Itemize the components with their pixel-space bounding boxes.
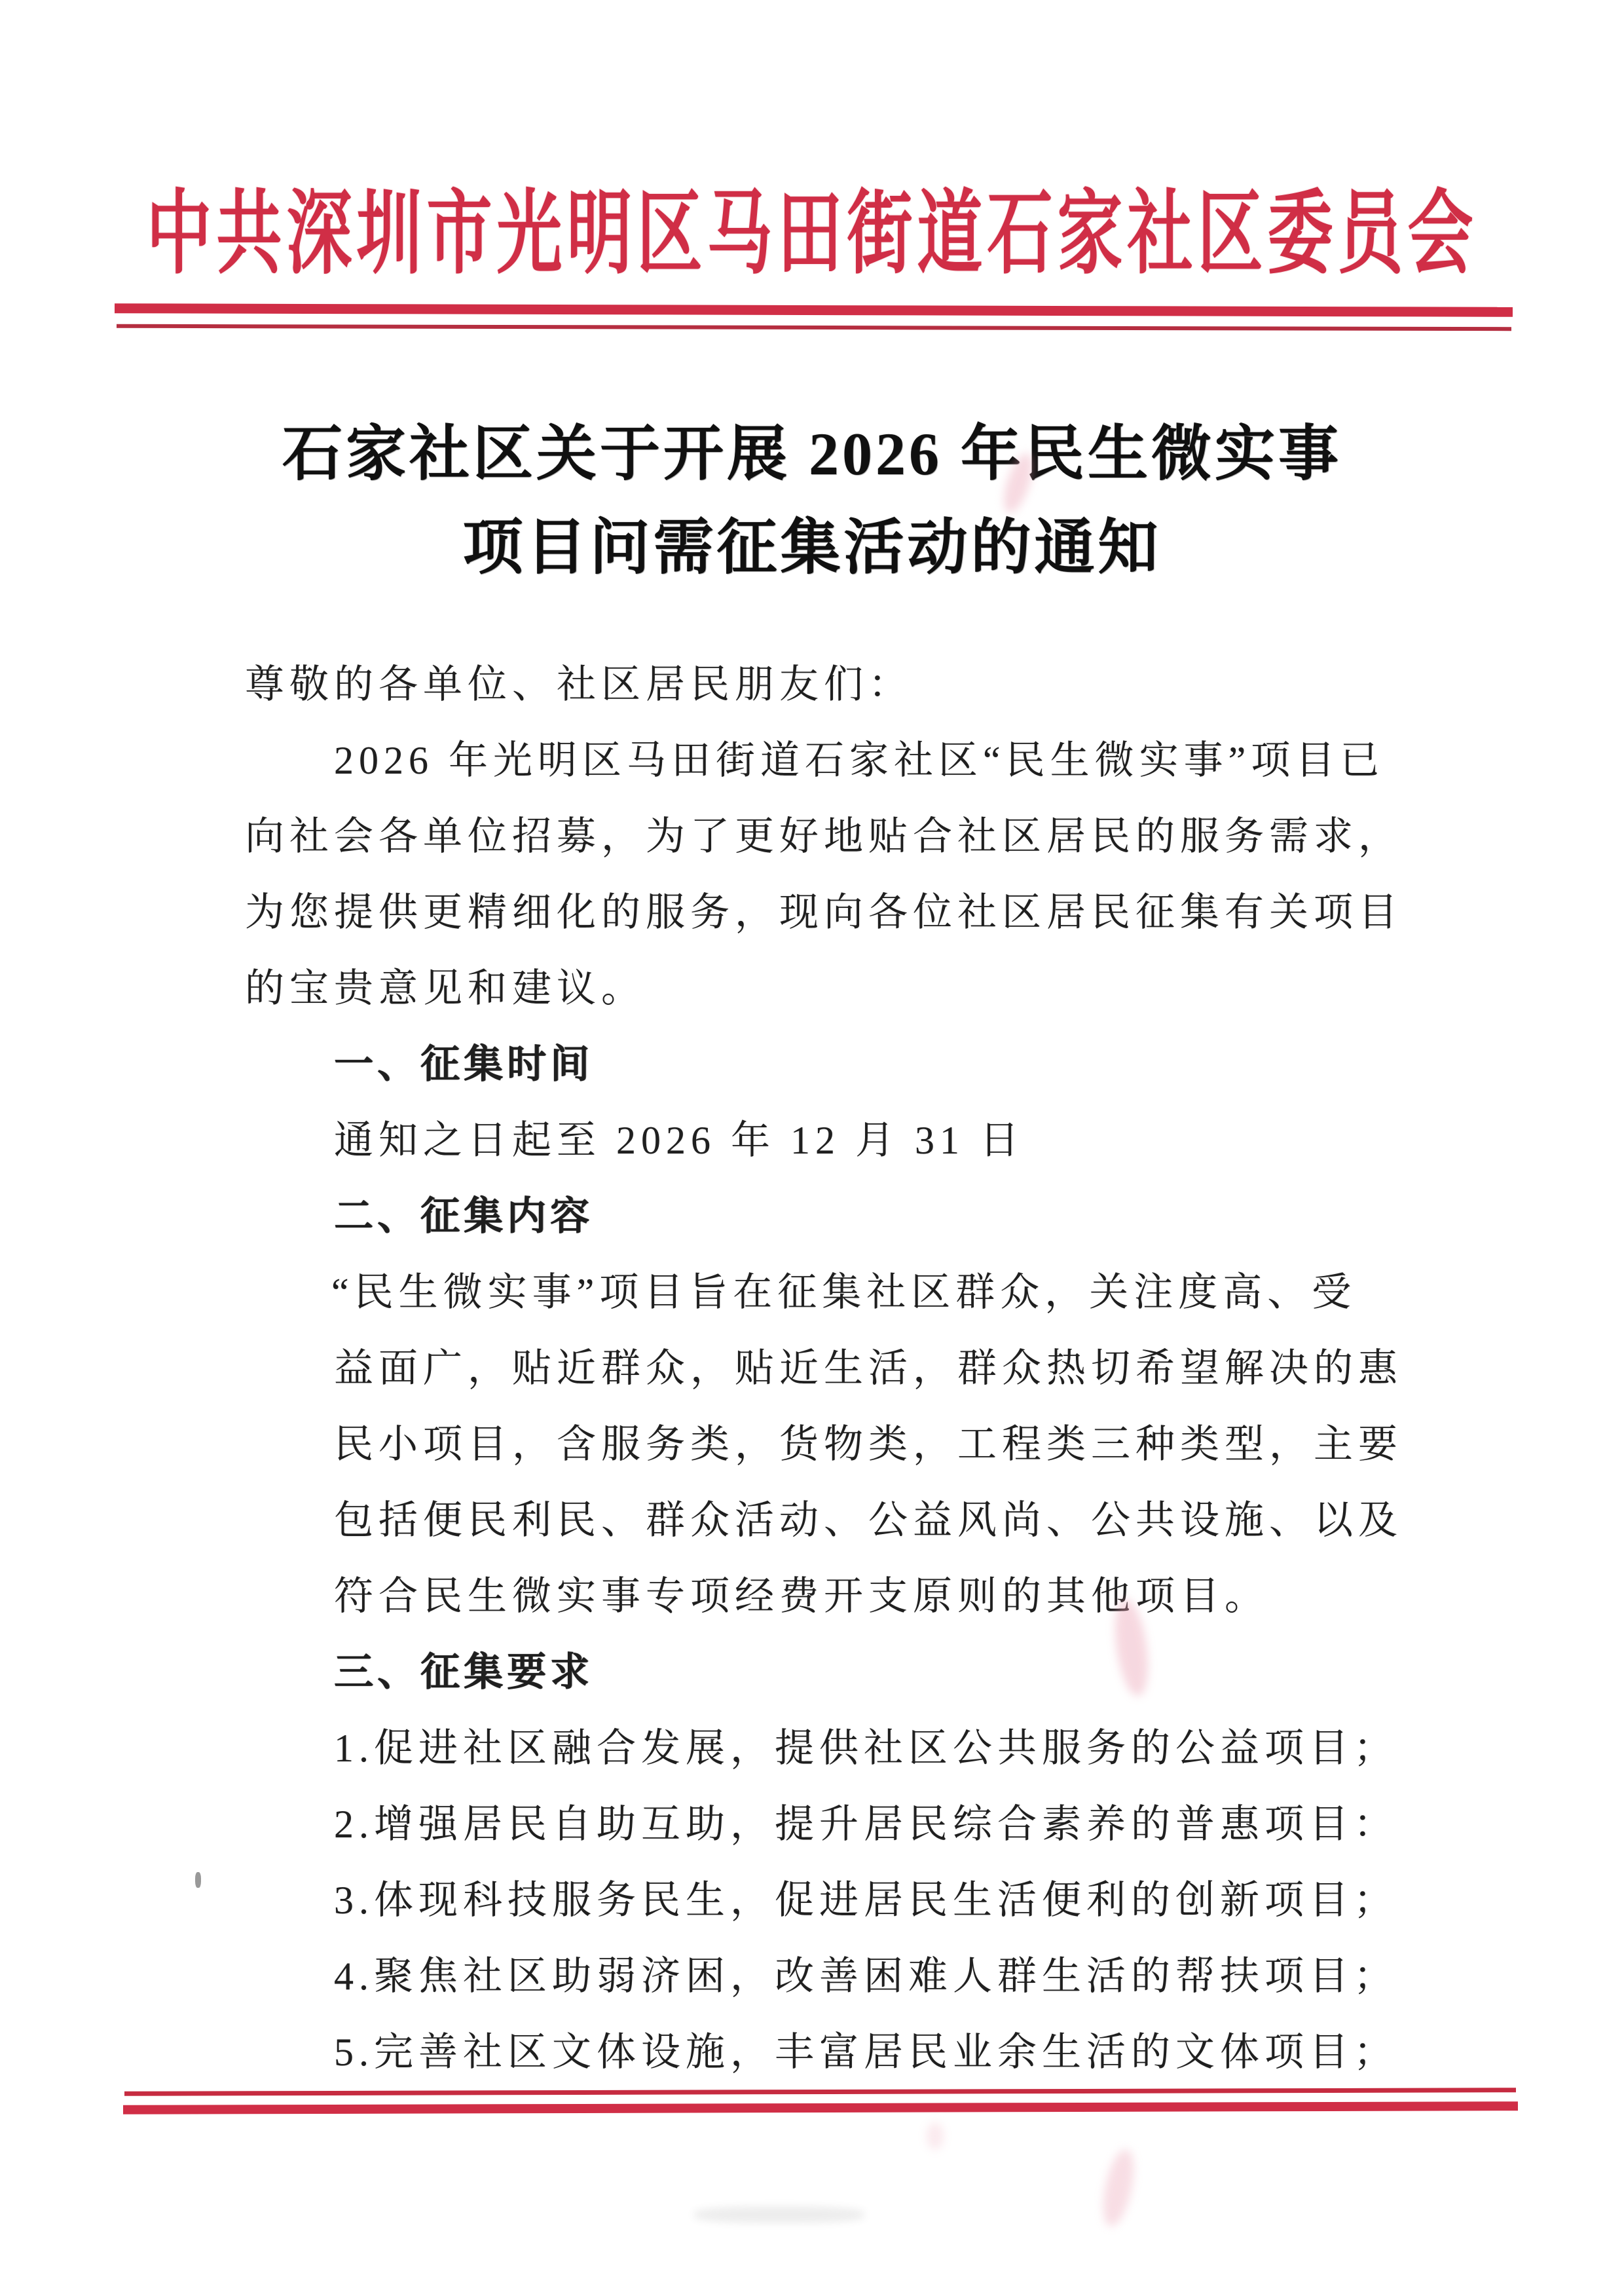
scan-ink-smudge xyxy=(1098,2147,1139,2229)
collection-time: 通知之日起至 2026 年 12 月 31 日 xyxy=(245,1102,1417,1178)
footer-rule-thick xyxy=(123,2101,1518,2114)
document-title: 石家社区关于开展 2026 年民生微实事 项目问需征集活动的通知 xyxy=(0,407,1624,595)
letterhead-rule-thin xyxy=(117,324,1511,331)
list-item-5: 5.完善社区文体设施，丰富居民业余生活的文体项目； xyxy=(245,2014,1417,2090)
section-heading-3: 三、征集要求 xyxy=(245,1634,1417,1710)
scan-ink-smudge xyxy=(927,2122,944,2150)
document-title-line1: 石家社区关于开展 2026 年民生微实事 xyxy=(0,407,1624,501)
paragraph-line: 符合民生微实事专项经费开支原则的其他项目。 xyxy=(245,1558,1417,1634)
section-heading-2: 二、征集内容 xyxy=(245,1178,1417,1254)
list-item-4: 4.聚焦社区助弱济困，改善困难人群生活的帮扶项目； xyxy=(245,1938,1417,2014)
salutation: 尊敬的各单位、社区居民朋友们： xyxy=(245,647,1417,723)
paragraph-line: 包括便民利民、群众活动、公益风尚、公共设施、以及 xyxy=(245,1482,1417,1558)
list-item-3: 3.体现科技服务民生，促进居民生活便利的创新项目； xyxy=(245,1862,1417,1938)
letterhead-rule-thick xyxy=(115,303,1513,317)
section-heading-1: 一、征集时间 xyxy=(245,1026,1417,1102)
document-body: 尊敬的各单位、社区居民朋友们：2026 年光明区马田街道石家社区“民生微实事”项… xyxy=(245,647,1417,2090)
paragraph-line: 向社会各单位招募，为了更好地贴合社区居民的服务需求， xyxy=(245,798,1417,874)
scan-gray-streak xyxy=(694,2206,864,2223)
paragraph-line: “民生微实事”项目旨在征集社区群众，关注度高、受 xyxy=(245,1254,1417,1330)
paragraph-line: 为您提供更精细化的服务，现向各位社区居民征集有关项目 xyxy=(245,874,1417,950)
paragraph-line: 益面广，贴近群众，贴近生活，群众热切希望解决的惠 xyxy=(245,1330,1417,1406)
paragraph-line: 民小项目，含服务类，货物类，工程类三种类型，主要 xyxy=(245,1406,1417,1482)
letterhead-org-name: 中共深圳市光明区马田街道石家社区委员会 xyxy=(0,168,1624,301)
document-title-line2: 项目问需征集活动的通知 xyxy=(0,501,1624,595)
list-item-1: 1.促进社区融合发展，提供社区公共服务的公益项目； xyxy=(245,1710,1417,1786)
paragraph-line: 的宝贵意见和建议。 xyxy=(245,950,1417,1026)
paragraph-line: 2026 年光明区马田街道石家社区“民生微实事”项目已 xyxy=(245,723,1417,798)
list-item-2: 2.增强居民自助互助，提升居民综合素养的普惠项目： xyxy=(245,1786,1417,1862)
document-page: 中共深圳市光明区马田街道石家社区委员会 石家社区关于开展 2026 年民生微实事… xyxy=(0,0,1624,2290)
scan-speck xyxy=(195,1872,201,1888)
